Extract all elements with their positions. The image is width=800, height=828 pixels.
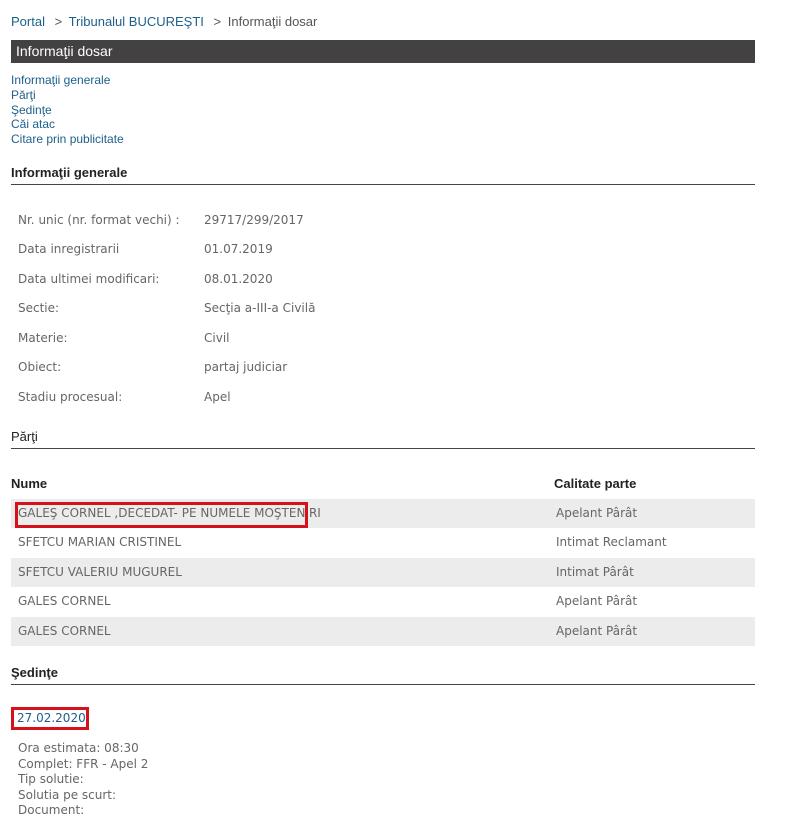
section-title-sessions: Şedinţe	[11, 665, 755, 685]
party-name: GALES CORNEL	[18, 594, 111, 608]
highlight-box-party-name	[15, 502, 308, 528]
nav-link-appeals[interactable]: Căi atac	[11, 117, 124, 132]
party-quality: Apelant Pârât	[556, 594, 637, 608]
breadcrumb-separator: >	[55, 14, 63, 29]
nav-link-sessions[interactable]: Şedinţe	[11, 103, 124, 118]
info-label: Sectie:	[18, 301, 59, 315]
section-title-general-info: Informaţii generale	[11, 165, 755, 185]
session-panel: Complet: FFR - Apel 2	[18, 757, 148, 773]
section-nav: Informaţii generale Părţi Şedinţe Căi at…	[11, 73, 124, 147]
party-quality: Intimat Reclamant	[556, 535, 667, 549]
info-value: partaj judiciar	[204, 360, 287, 374]
session-document: Document:	[18, 803, 148, 819]
party-quality: Intimat Pârât	[556, 565, 634, 579]
nav-link-public-summons[interactable]: Citare prin publicitate	[11, 132, 124, 147]
info-label: Data inregistrarii	[18, 242, 119, 256]
breadcrumb-separator: >	[214, 14, 222, 29]
section-title-parties: Părţi	[11, 429, 755, 449]
session-estimated-time: Ora estimata: 08:30	[18, 741, 148, 757]
table-row: GALES CORNEL Apelant Pârât	[11, 617, 755, 646]
info-value: 01.07.2019	[204, 242, 273, 256]
nav-link-general-info[interactable]: Informaţii generale	[11, 73, 124, 88]
info-label: Data ultimei modificari:	[18, 272, 159, 286]
party-name: GALES CORNEL	[18, 624, 111, 638]
info-label: Nr. unic (nr. format vechi) :	[18, 213, 180, 227]
session-details: Ora estimata: 08:30 Complet: FFR - Apel …	[18, 741, 148, 819]
page-title-bar: Informaţii dosar	[11, 40, 755, 63]
column-header-name: Nume	[11, 476, 47, 491]
breadcrumb-portal[interactable]: Portal	[11, 14, 45, 29]
table-row: SFETCU VALERIU MUGUREL Intimat Pârât	[11, 558, 755, 587]
info-value: Civil	[204, 331, 229, 345]
breadcrumb-tribunal[interactable]: Tribunalul BUCUREŞTI	[69, 14, 204, 29]
info-value: 29717/299/2017	[204, 213, 304, 227]
info-label: Obiect:	[18, 360, 61, 374]
session-solution-type: Tip solutie:	[18, 772, 148, 788]
table-row: SFETCU MARIAN CRISTINEL Intimat Reclaman…	[11, 528, 755, 557]
info-value: Secţia a-III-a Civilă	[204, 301, 315, 315]
session-solution-summary: Solutia pe scurt:	[18, 788, 148, 804]
party-quality: Apelant Pârât	[556, 506, 637, 520]
info-label: Materie:	[18, 331, 68, 345]
info-value: 08.01.2020	[204, 272, 273, 286]
info-value: Apel	[204, 390, 231, 404]
info-label: Stadiu procesual:	[18, 390, 122, 404]
nav-link-parties[interactable]: Părţi	[11, 88, 124, 103]
highlight-box-session-date	[11, 707, 89, 730]
party-name: SFETCU MARIAN CRISTINEL	[18, 535, 181, 549]
breadcrumb-current: Informaţii dosar	[228, 14, 318, 29]
party-name: SFETCU VALERIU MUGUREL	[18, 565, 182, 579]
breadcrumb: Portal > Tribunalul BUCUREŞTI > Informaţ…	[11, 14, 317, 29]
table-row: GALES CORNEL Apelant Pârât	[11, 587, 755, 616]
party-quality: Apelant Pârât	[556, 624, 637, 638]
column-header-quality: Calitate parte	[554, 476, 636, 491]
